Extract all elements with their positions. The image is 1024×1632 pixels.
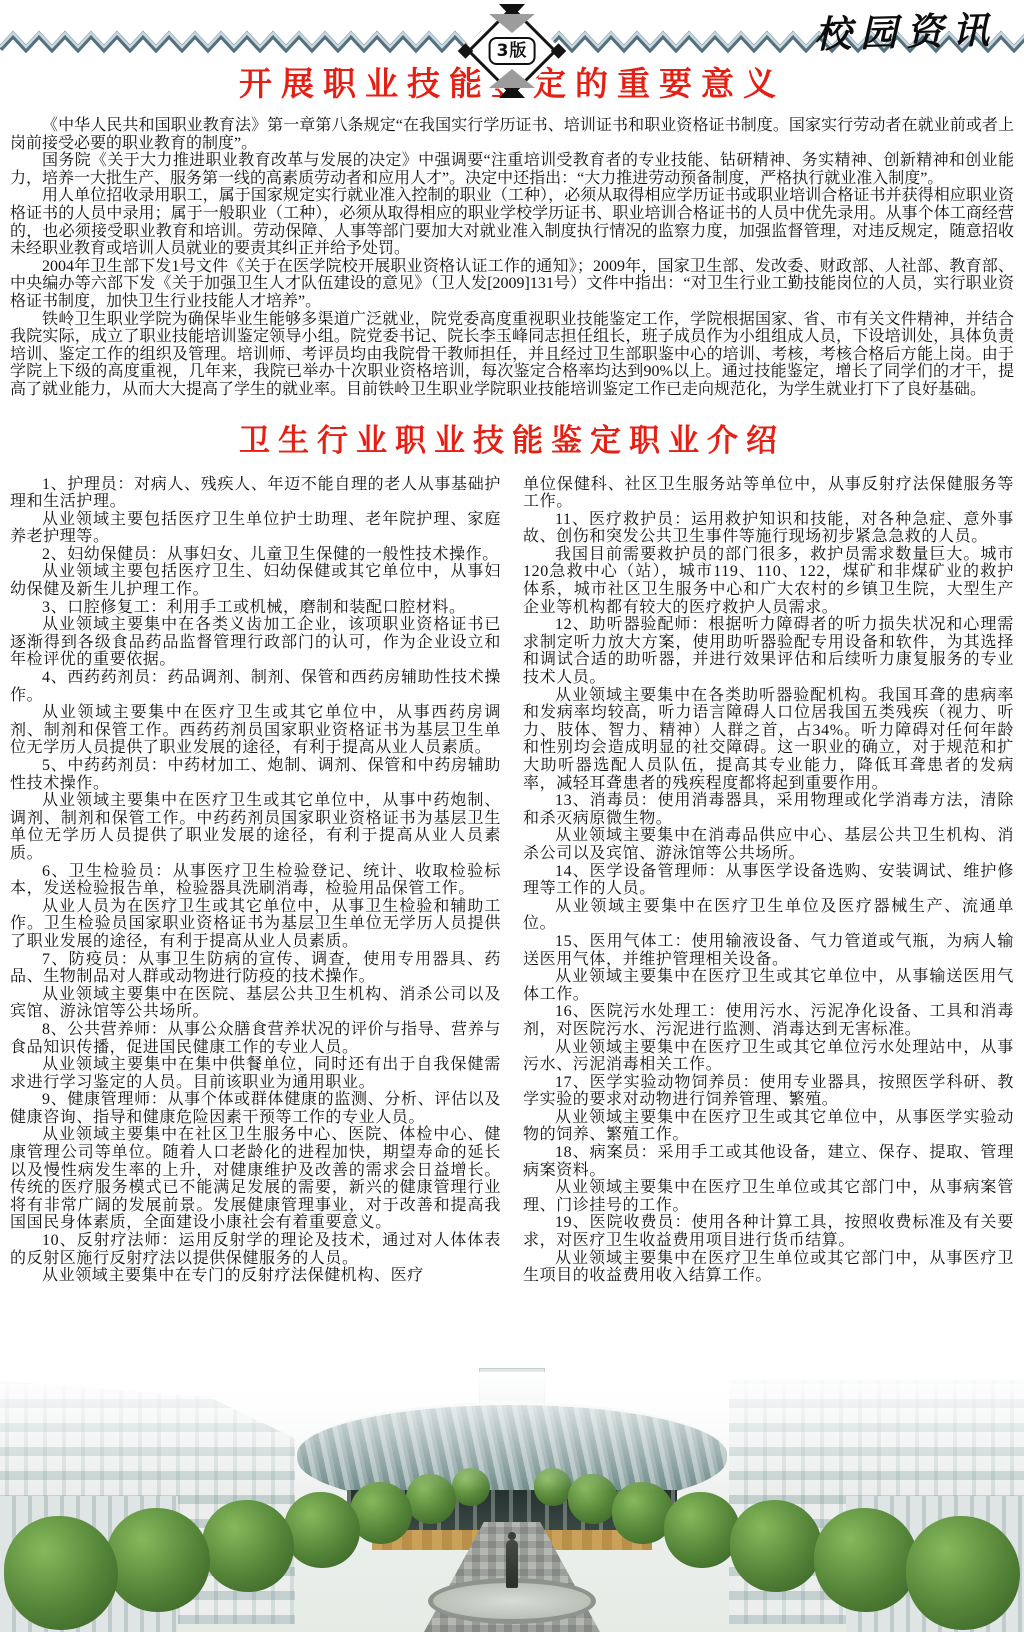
badge-top-gray-triangle-icon [489,14,535,33]
tree [814,1508,918,1612]
paragraph: 2004年卫生部下发1号文件《关于在医学院校开展职业资格认证工作的通知》；200… [10,258,1014,311]
tree [106,1508,210,1612]
paragraph: 从业领域主要集中在医疗卫生或其它单位中，从事西药房调剂、制剂和保管工作。西药药剂… [10,704,501,757]
statue [506,1540,518,1588]
paragraph: 5、中药药剂员：中药材加工、炮制、调剂、保管和中药房辅助性技术操作。 [10,757,501,792]
page-badge: 3版 [452,0,572,104]
paragraph: 4、西药药剂员：药品调剂、制剂、保管和西药房辅助性技术操作。 [10,669,501,704]
tree [664,1492,740,1568]
paragraph: 18、病案员：采用手工或其他设备，建立、保存、提取、管理病案资料。 [523,1144,1014,1179]
article2-body: 1、护理员：对病人、残疾人、年迈不能自理的老人从事基础护理和生活护理。从业领域主… [0,476,1024,1285]
tree [568,1474,618,1524]
paragraph: 从业领域主要集中在医疗卫生或其它单位污水处理站中，从事污水、污泥消毒相关工作。 [523,1039,1014,1074]
paragraph: 单位保健科、社区卫生服务站等单位中，从事反射疗法保健服务等工作。 [523,476,1014,511]
page-number-label: 3版 [489,37,536,65]
paragraph: 从业领域主要集中在医疗卫生单位或其它部门中，从事医疗卫生项目的收益费用收入结算工… [523,1250,1014,1285]
paragraph: 用人单位招收录用职工，属于国家规定实行就业准入控制的职业（工种），必须从取得相应… [10,187,1014,257]
paragraph: 13、消毒员：使用消毒器具，采用物理或化学消毒方法，清除和杀灭病原微生物。 [523,792,1014,827]
paragraph: 17、医学实验动物饲养员：使用专业器具，按照医学科研、教学实验的要求对动物进行饲… [523,1074,1014,1109]
paragraph: 国务院《关于大力推进职业教育改革与发展的决定》中强调要“注重培训受教育者的专业技… [10,152,1014,187]
paragraph: 8、公共营养师：从事公众膳食营养状况的评价与指导、营养与食品知识传播，促进国民健… [10,1021,501,1056]
paragraph: 从业领域主要集中在医疗卫生或其它单位中，从事医学实验动物的饲养、繁殖工作。 [523,1109,1014,1144]
tree [730,1500,822,1592]
paragraph: 15、医用气体工：使用输液设备、气力管道或气瓶，为病人输送医用气体，并维护管理相… [523,933,1014,968]
right-column-rest: 11、医疗救护员：运用救护知识和技能，对各种急症、意外事故、创伤和突发公共卫生事… [523,511,1014,1285]
newspaper-page: 校园资讯 3版 开展职业技能鉴定的重要意义 《中华人民共和国职业教育法》第一章第… [0,0,1024,1632]
paragraph: 《中华人民共和国职业教育法》第一章第八条规定“在我国实行学历证书、培训证书和职业… [10,117,1014,152]
paragraph: 铁岭卫生职业学院为确保毕业生能够多渠道广泛就业，院党委高度重视职业技能鉴定工作，… [10,311,1014,399]
left-column: 1、护理员：对病人、残疾人、年迈不能自理的老人从事基础护理和生活护理。从业领域主… [10,476,501,1285]
paragraph: 12、助听器验配师：根据听力障碍者的听力损失状况和心理需求制定听力放大方案，使用… [523,616,1014,686]
paragraph: 1、护理员：对病人、残疾人、年迈不能自理的老人从事基础护理和生活护理。 [10,476,501,511]
paragraph: 从业领域主要集中在医疗卫生或其它单位中，从事输送医用气体工作。 [523,968,1014,1003]
tree [452,1468,490,1506]
article1-body: 《中华人民共和国职业教育法》第一章第八条规定“在我国实行学历证书、培训证书和职业… [0,117,1024,399]
paragraph: 11、医疗救护员：运用救护知识和技能，对各种急症、意外事故、创伤和突发公共卫生事… [523,511,1014,546]
tree [906,1516,1020,1630]
paragraph: 19、医院收费员：使用各种计算工具，按照收费标准及有关要求，对医疗卫生收益费用项… [523,1214,1014,1249]
paragraph: 6、卫生检验员：从事医疗卫生检验登记、统计、收取检验标本，发送检验报告单，检验器… [10,863,501,898]
paragraph: 2、妇幼保健员：从事妇女、儿童卫生保健的一般性技术操作。 [10,546,501,564]
paragraph: 14、医学设备管理师：从事医学设备选购、安装调试、维护修理等工作的人员。 [523,863,1014,898]
paragraph: 9、健康管理师：从事个体或群体健康的监测、分析、评估以及健康咨询、指导和健康危险… [10,1091,501,1126]
paragraph: 从业人员为在医疗卫生或其它单位中，从事卫生检验和辅助工作。卫生检验员国家职业资格… [10,898,501,951]
paragraph: 16、医院污水处理工：使用污水、污泥净化设备、工具和消毒剂，对医院污水、污泥进行… [523,1003,1014,1038]
paragraph: 7、防疫员：从事卫生防病的宣传、调查，使用专用器具、药品、生物制品对人群或动物进… [10,951,501,986]
paragraph: 从业领域主要集中在医院、基层公共卫生机构、消杀公司以及宾馆、游泳馆等公共场所。 [10,986,501,1021]
paragraph: 我国目前需要救护员的部门很多，救护员需求数量巨大。城市120急救中心（站），城市… [523,546,1014,616]
paragraph: 从业领域主要集中在医疗卫生单位及医疗器械生产、流通单位。 [523,898,1014,933]
tree [284,1492,360,1568]
page-content: 开展职业技能鉴定的重要意义 《中华人民共和国职业教育法》第一章第八条规定“在我国… [0,0,1024,1285]
paragraph: 从业领域主要集中在各类义齿加工企业，该项职业资格证书已逐渐得到各级食品药品监督管… [10,616,501,669]
article2-title: 卫生行业职业技能鉴定职业介绍 [0,399,1024,476]
paragraph: 从业领域主要集中在医疗卫生单位或其它部门中，从事病案管理、门诊挂号的工作。 [523,1179,1014,1214]
paragraph: 3、口腔修复工：利用手工或机械，磨制和装配口腔材料。 [10,599,501,617]
tree [4,1516,118,1630]
paragraph: 10、反射疗法师：运用反射学的理论及技术，通过对人体体表的反射区施行反射疗法以提… [10,1232,501,1267]
masthead-title: 校园资讯 [813,0,998,58]
badge-right-diamond-icon [551,43,567,59]
paragraph: 从业领域主要包括医疗卫生、妇幼保健或其它单位中，从事妇幼保健及新生儿护理工作。 [10,563,501,598]
paragraph: 从业领域主要集中在医疗卫生或其它单位中，从事中药炮制、调剂、制剂和保管工作。中药… [10,792,501,862]
paragraph: 从业领域主要集中在消毒品供应中心、基层公共卫生机构、消杀公司以及宾馆、游泳馆等公… [523,827,1014,862]
paragraph: 从业领域主要集中在集中供餐单位，同时还有出于自我保健需求进行学习鉴定的人员。目前… [10,1056,501,1091]
paragraph: 从业领域主要集中在各类助听器验配机构。我国耳聋的患病率和发病率均较高，听力语言障… [523,687,1014,793]
tree [406,1474,456,1524]
right-column: 单位保健科、社区卫生服务站等单位中，从事反射疗法保健服务等工作。 11、医疗救护… [523,476,1014,1285]
badge-bottom-gray-triangle-icon [489,69,535,88]
paragraph: 从业领域主要集中在专门的反射疗法保健机构、医疗 [10,1267,501,1285]
paragraph: 从业领域主要包括医疗卫生单位护士助理、老年院护理、家庭养老护理等。 [10,511,501,546]
tree [534,1468,572,1506]
tree [202,1500,294,1592]
paragraph: 从业领域主要集中在社区卫生服务中心、医院、体检中心、健康管理公司等单位。随着人口… [10,1126,501,1232]
campus-photo [0,1372,1024,1632]
